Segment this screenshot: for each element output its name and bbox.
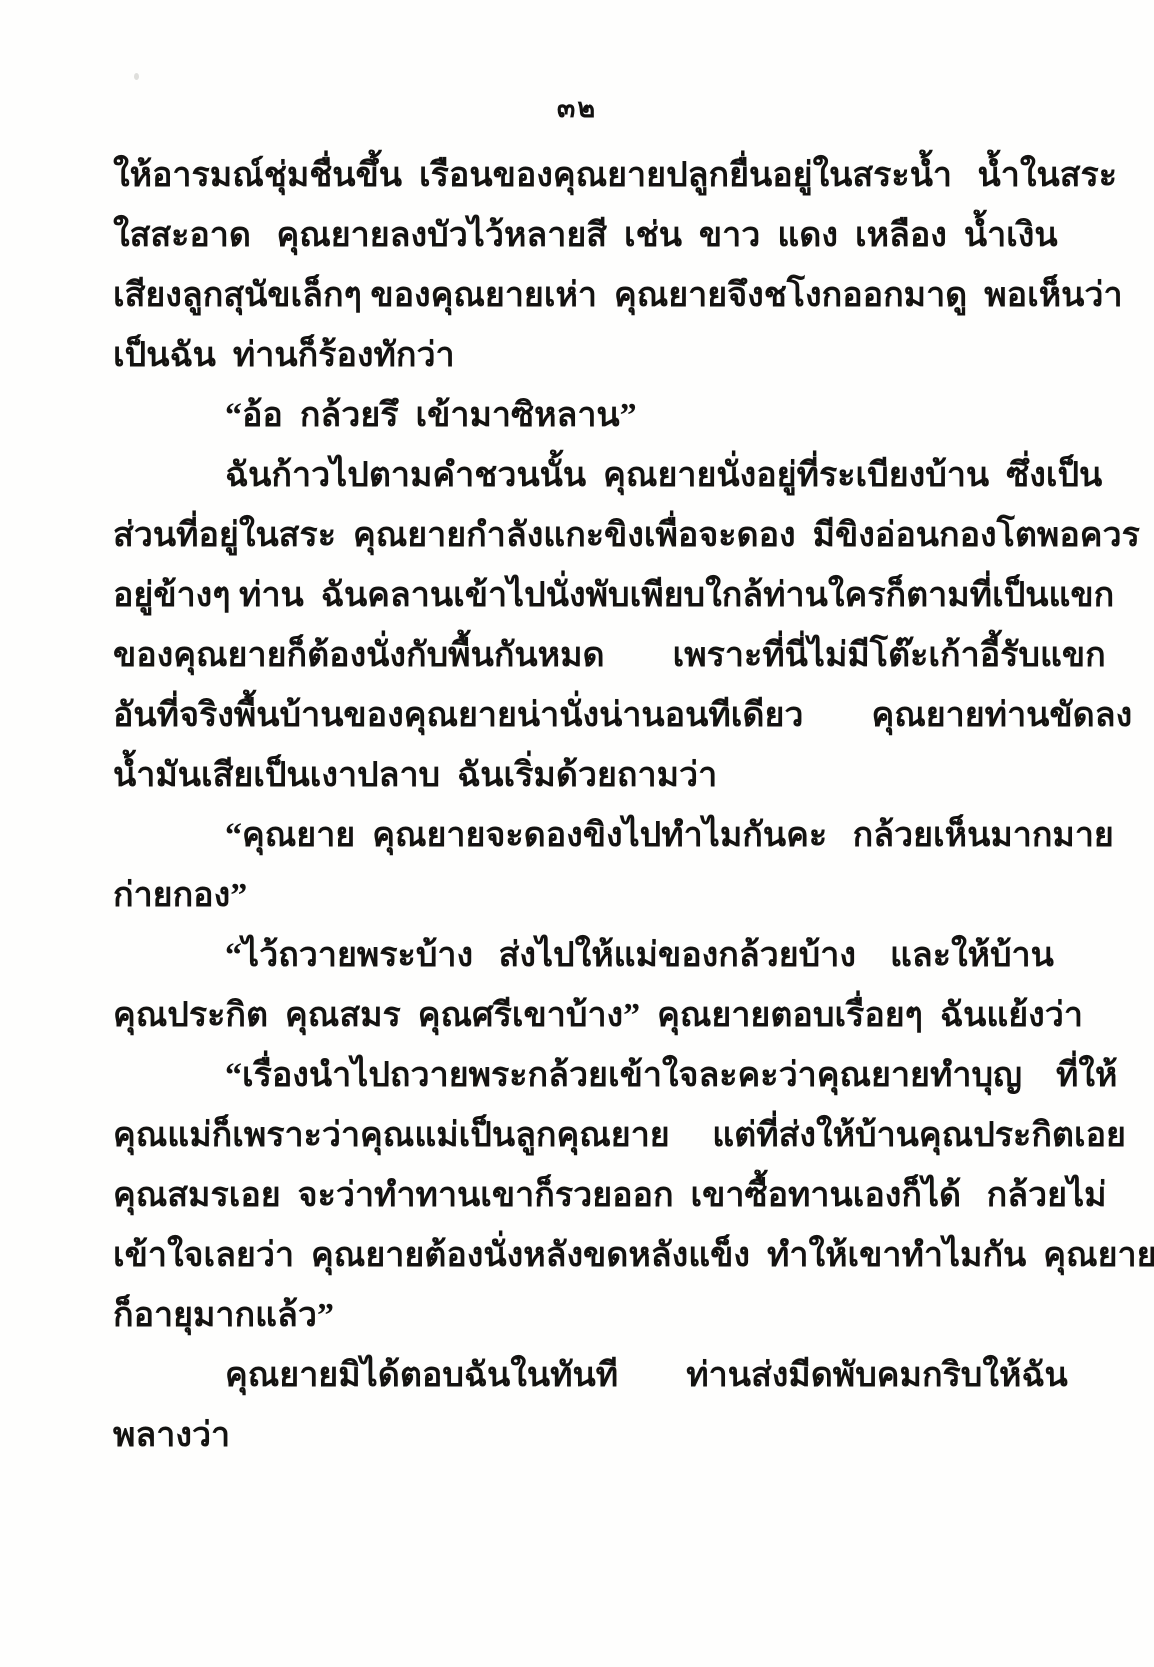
text-line: “ไว้ถวายพระบ้าง ส่งไปให้แม่ของกล้วยบ้าง … [113,926,1013,986]
text-body: ให้อารมณ์ชุ่มชื่นขึ้น เรือนของคุณยายปลูก… [113,146,1013,1466]
text-line: คุณยายมิได้ตอบฉันในทันที ท่านส่งมีดพับคม… [113,1346,1013,1406]
text-line: ฉันก้าวไปตามคำชวนนั้น คุณยายนั่งอยู่ที่ร… [113,446,1013,506]
text-line: ให้อารมณ์ชุ่มชื่นขึ้น เรือนของคุณยายปลูก… [113,146,1013,206]
text-line: ใสสะอาด คุณยายลงบัวไว้หลายสี เช่น ขาว แด… [113,206,1013,266]
text-line: อันที่จริงพื้นบ้านของคุณยายน่านั่งน่านอน… [113,686,1013,746]
text-line: เป็นฉัน ท่านก็ร้องทักว่า [113,326,1013,386]
text-line: น้ำมันเสียเป็นเงาปลาบ ฉันเริ่มด้วยถามว่า [113,746,1013,806]
text-line: ก็อายุมากแล้ว” [113,1286,1013,1346]
text-line: ส่วนที่อยู่ในสระ คุณยายกำลังแกะขิงเพื่อจ… [113,506,1013,566]
text-line: อยู่ข้างๆ ท่าน ฉันคลานเข้าไปนั่งพับเพียบ… [113,566,1013,626]
text-line: “คุณยาย คุณยายจะดองขิงไปทำไมกันคะ กล้วยเ… [113,806,1013,866]
text-line: เสียงลูกสุนัขเล็กๆ ของคุณยายเห่า คุณยายจ… [113,266,1013,326]
text-line: คุณแม่ก็เพราะว่าคุณแม่เป็นลูกคุณยาย แต่ท… [113,1106,1013,1166]
text-line: คุณสมรเอย จะว่าทำทานเขาก็รวยออก เขาซื้อท… [113,1166,1013,1226]
page-number: ๓๒ [0,86,1154,129]
text-line: “อ้อ กล้วยรึ เข้ามาซิหลาน” [113,386,1013,446]
text-line: คุณประกิต คุณสมร คุณศรีเขาบ้าง” คุณยายตอ… [113,986,1013,1046]
text-line: ของคุณยายก็ต้องนั่งกับพื้นกันหมด เพราะที… [113,626,1013,686]
scan-artifact [134,73,139,80]
text-line: ก่ายกอง” [113,866,1013,926]
text-line: เข้าใจเลยว่า คุณยายต้องนั่งหลังขดหลังแข็… [113,1226,1013,1286]
text-line: “เรื่องนำไปถวายพระกล้วยเข้าใจละคะว่าคุณย… [113,1046,1013,1106]
text-line: พลางว่า [113,1406,1013,1466]
book-page: ๓๒ ให้อารมณ์ชุ่มชื่นขึ้น เรือนของคุณยายป… [0,0,1154,1667]
